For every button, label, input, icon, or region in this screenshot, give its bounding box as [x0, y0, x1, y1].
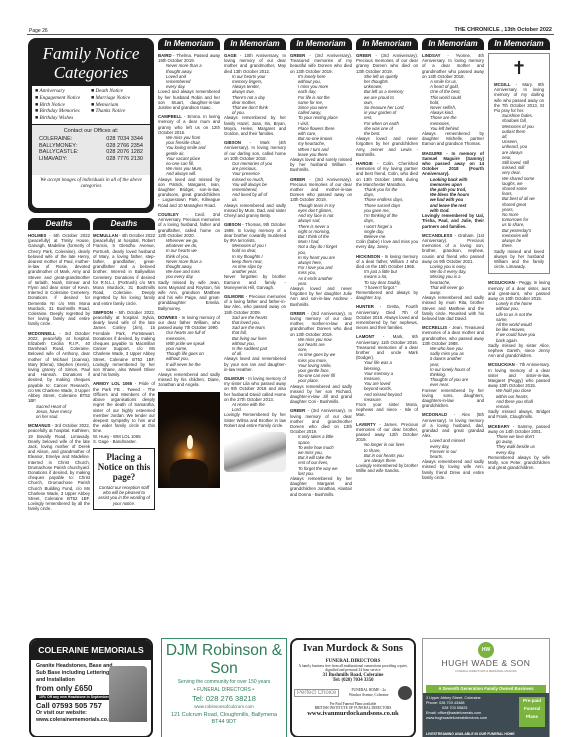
death-notice: SIMPSON - 5th October 2022, peacefully a… — [93, 310, 155, 378]
category-item: Birth Notice — [35, 102, 91, 109]
memoriam-tab: In Memoriam — [290, 38, 352, 50]
perfect-choice-logo: Perfect Choice — [294, 689, 339, 697]
memoriam-notice: LINDSAY - Yvonne, 4th Anniversary. In lo… — [422, 53, 484, 147]
memoriam-notice: COUSLEY - Cecil. 2nd Anniversary. Precio… — [158, 212, 220, 311]
category-item: Birthday Memories — [35, 108, 91, 115]
header-rule — [27, 34, 554, 35]
memoriam-tab: In Memoriam — [158, 38, 220, 50]
deaths-column-1: Deaths HOLMES - 6th October 2022 (peacef… — [28, 218, 90, 633]
crest-icon — [398, 686, 412, 700]
murdock-website-link[interactable]: www.ivanmurdockandsons.co.uk — [294, 710, 412, 718]
memoriam-notice: CAMPBELL - Emma. In loving memory of a d… — [158, 114, 220, 208]
ivan-murdock-ad[interactable]: Ivan Murdock & Sons FUNERAL DIRECTORS A … — [290, 638, 416, 737]
memoriam-tab: In Memoriam — [356, 38, 418, 50]
memoriam-column-4: In Memoriam GREER - (3rd Anniversary). P… — [356, 38, 418, 633]
death-notice: MCDONNELL - 3rd October 2022, peacefully… — [28, 331, 90, 419]
memoriam-notice: GREER - (3rd Anniversary). Precious memo… — [356, 53, 418, 157]
memoriam-notice: MCCRELLIS - Jean. Treasured memories of … — [422, 325, 484, 408]
deaths-column-2: Deaths MCMULLAN - 4th October 2022 (peac… — [93, 218, 155, 633]
memoriam-notice: GAGE - 10th Anniversary. In loving memor… — [224, 53, 286, 136]
hugh-wade-ad[interactable]: HW HUGH WADE & SON FUNERAL DIRECTORS & M… — [422, 638, 550, 737]
memoriam-notice: HICKINSON - In loving memory of a dear f… — [356, 254, 418, 301]
category-item: Birthday Wishes — [35, 115, 91, 122]
memoriam-notice: GIBSON - Thomas, 9th October 1989. In lo… — [224, 222, 286, 290]
candle-photo — [158, 392, 220, 488]
memoriam-notice: MCGUCKIAN - Peggy. In loving memory of a… — [488, 280, 550, 358]
memoriam-column-5: In Memoriam LINDSAY - Yvonne, 4th Annive… — [422, 38, 484, 633]
office-contacts: Contact our Offices at: COLERAINE:028 70… — [32, 125, 150, 175]
memoriam-column-3: In Memoriam GREER - (3rd Anniversary). T… — [290, 38, 352, 633]
family-notice-categories: Family Notice Categories Anniversary Dea… — [28, 38, 154, 213]
memoriam-notice: GIBSON - Mark (4th Anniversary). In lovi… — [224, 140, 286, 218]
djm-robinson-ad[interactable]: DJM Robinson & Son Serving the community… — [161, 638, 287, 737]
category-item: Marriage Notice — [91, 95, 147, 102]
death-notice: MCMANUS - 3rd October 2022, peacefully a… — [28, 423, 90, 511]
death-notice: HOLMES - 6th October 2022 (peacefully) a… — [28, 233, 90, 327]
deaths-tab: Deaths — [93, 218, 155, 230]
categories-footer: We accept images of individuals in all o… — [32, 175, 150, 208]
memoriam-notice: MCKEARY - Sammy, passed away on 14th Oct… — [488, 424, 550, 471]
office-row: LIMAVADY:028 7776 2130 — [39, 156, 143, 162]
category-item: Thanks Notice — [91, 108, 147, 115]
memoriam-notice: BAIRD - Thelma. Passed away 19th October… — [158, 53, 220, 110]
placing-notice-text: Contact our reception staff who will be … — [97, 485, 151, 506]
memoriam-tab: In Memoriam — [224, 38, 286, 50]
categories-title: Family Notice Categories — [28, 44, 154, 82]
page-header: Page 26 THE CHRONICLE , 13th October 202… — [27, 26, 554, 36]
placing-notice-box: Placing a Notice on this page? Contact o… — [93, 448, 155, 510]
category-item: Memoriam — [91, 102, 147, 109]
placing-notice-title: Placing a Notice on this page? — [97, 452, 151, 482]
category-item: Engagement Notice — [35, 95, 91, 102]
boxed-memoriam-notice: ✝ MCGILL - Mary. 9th Anniversary. In lov… — [488, 53, 550, 274]
memoriam-notice: GREER - (3rd Anniversary). Treasured mem… — [290, 53, 352, 173]
memoriam-notice: MCCANDLESS - Graham. (1st Anniversary). … — [422, 233, 484, 321]
publication-dateline: THE CHRONICLE , 13th October 2022 — [455, 27, 553, 33]
memoriam-notice: MCDONALD - Alex (5th Anniversary). In lo… — [422, 412, 484, 480]
memoriam-column-2: In Memoriam GAGE - 10th Anniversary. In … — [224, 38, 286, 633]
memoriam-tab: In Memoriam — [422, 38, 484, 50]
memoriam-notice: GREER - (3rd Anniversary). In loving mem… — [290, 311, 352, 405]
category-list: Anniversary Death Notice Engagement Noti… — [32, 86, 150, 124]
newspaper-page: Page 26 THE CHRONICLE , 13th October 202… — [27, 26, 554, 716]
death-notice: MCMULLAN - 4th October 2022 (peacefully)… — [93, 233, 155, 306]
memoriam-column-1: In Memoriam BAIRD - Thelma. Passed away … — [158, 38, 220, 633]
death-notice: ARMOY LOL 1065 - Pride of the Park FB . … — [93, 381, 155, 443]
memoriam-notice: LAMONT - Mark, 6th Anniversary. 11th Oct… — [356, 334, 418, 417]
category-item: Anniversary — [35, 88, 91, 95]
memoriam-column-6: In Memoriam ✝ MCGILL - Mary. 9th Anniver… — [488, 38, 550, 633]
flame-icon — [187, 435, 193, 449]
memoriam-notice: GILMOUR - In loving memory of my sister … — [224, 376, 286, 428]
coleraine-memorials-ad[interactable]: COLERAINE MEMORIALS Granite Headstones, … — [29, 638, 153, 737]
memoriam-notice: GREER - (3rd Anniversary). Precious memo… — [290, 177, 352, 307]
bible-image — [224, 432, 286, 472]
memoriam-notice: LAVERTY - James. Precious memories of ou… — [356, 422, 418, 474]
deaths-tab: Deaths — [28, 218, 90, 230]
memoriam-notice: DOWNES - In loving memory of our dear fa… — [158, 315, 220, 388]
memoriam-notice: HUNTER - Gretta, Fourth Anniversary. Die… — [356, 304, 418, 330]
hugh-wade-logo: HW — [478, 642, 494, 658]
memoriam-notice: GILMORE - Precious memories of a loving … — [224, 294, 286, 372]
headstone-image — [109, 666, 147, 722]
djm-website-link[interactable]: www.robinsonsofculcrum.com — [165, 704, 283, 709]
candle-icon — [170, 459, 207, 488]
memoriam-notice: MCGUCKIAN - 7th Anniversary. In loving m… — [488, 362, 550, 419]
memoriam-notice: MAGUIRE - In memory of Samuel Maguire (S… — [422, 151, 484, 229]
cross-icon: ✝ — [494, 58, 544, 78]
memoriam-tab: In Memoriam — [488, 38, 550, 50]
category-item: Death Notice — [91, 88, 147, 95]
memoriam-notice: GREER - (3rd Anniversary). In loving mem… — [290, 408, 352, 496]
memoriam-notice: HARGIE - Colin. Cherished memories of my… — [356, 161, 418, 249]
